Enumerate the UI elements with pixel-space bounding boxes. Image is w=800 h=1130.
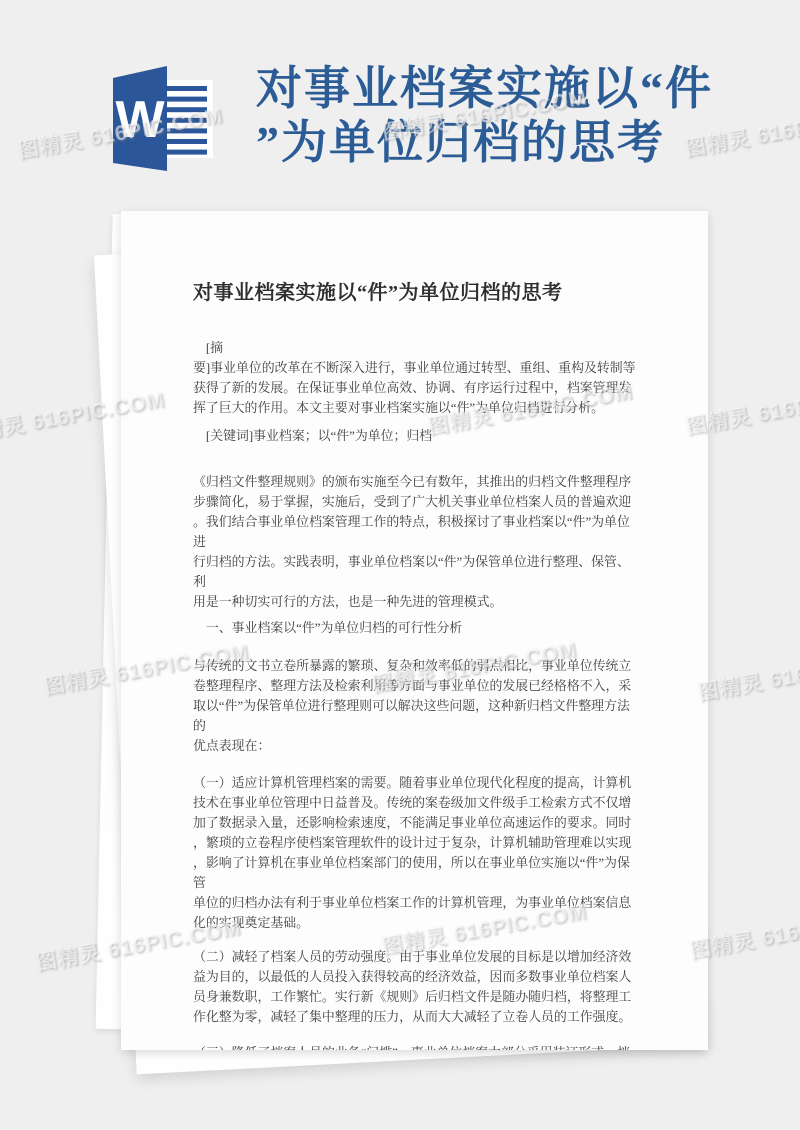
header-title-line1: 对事业档案实施以“件 xyxy=(256,62,766,116)
section-heading-1: 一、事业档案以“件”为单位归档的可行性分析 xyxy=(193,618,642,638)
word-logo-icon: W xyxy=(108,64,218,179)
paragraph-intro: 《归档文件整理规则》的颁布实施至今已有数年，其推出的归档文件整理程序 步骤简化，… xyxy=(193,472,642,612)
word-icon-letter: W xyxy=(115,91,165,149)
paragraph-advantage-3: （三）降低了档案人员的业务“门槛”。事业单位档案大部分采用装订形式，档案 xyxy=(193,1043,642,1050)
document-title: 对事业档案实施以“件”为单位归档的思考 xyxy=(193,282,642,304)
paragraph-advantage-1: （一）适应计算机管理档案的需要。随着事业单位现代化程度的提高，计算机 技术在事业… xyxy=(193,773,642,933)
word-file-icon: W xyxy=(108,64,218,179)
header-title: 对事业档案实施以“件 ”为单位归档的思考 xyxy=(256,62,766,170)
watermark-text: 图精灵 616PIC.COM xyxy=(695,641,800,707)
header-title-line2: ”为单位归档的思考 xyxy=(256,116,766,170)
paragraph-abstract: [摘 要]事业单位的改革在不断深入进行，事业单位通过转型、重组、重构及转制等 获… xyxy=(193,338,642,418)
paragraph-advantages-intro: 与传统的文书立卷所暴露的繁琐、复杂和效率低的弱点相比，事业单位传统立 卷整理程序… xyxy=(193,656,642,756)
document-body: [摘 要]事业单位的改革在不断深入进行，事业单位通过转型、重组、重构及转制等 获… xyxy=(193,338,642,1050)
paragraph-keywords: [关键词]事业档案；以“件”为单位；归档 xyxy=(193,426,642,446)
paragraph-advantage-2: （二）减轻了档案人员的劳动强度。由于事业单位发展的目标是以增加经济效 益为目的，… xyxy=(193,947,642,1027)
document-page: 对事业档案实施以“件”为单位归档的思考 [摘 要]事业单位的改革在不断深入进行，… xyxy=(121,211,708,1050)
